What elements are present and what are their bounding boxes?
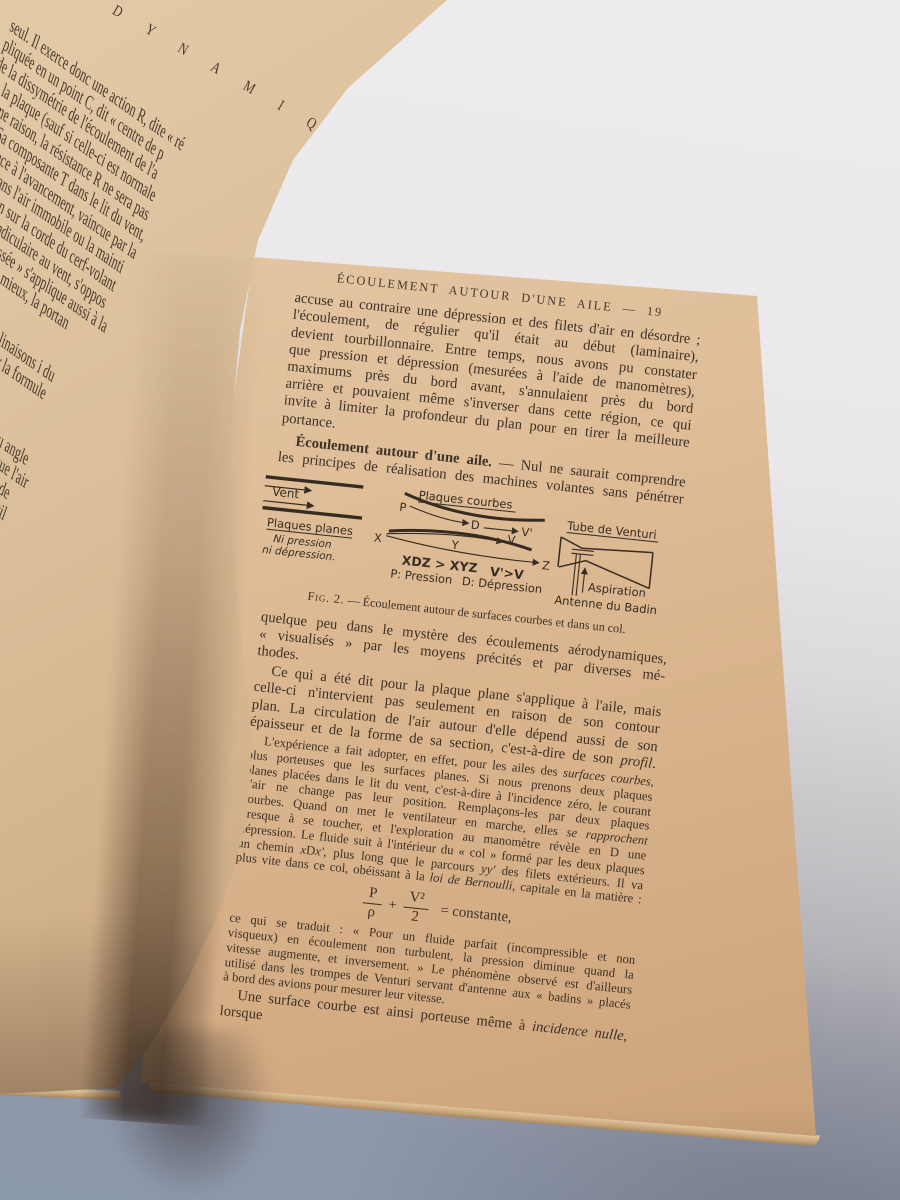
venturi-tube-drawing [557,537,654,588]
point-p-label: P [399,500,407,515]
v-prime-label: V' [521,525,533,540]
fraction: Pρ [361,886,383,922]
text-run: , [650,775,655,789]
point-v-label: V [507,533,516,548]
flow-arrow-icon [484,528,518,532]
wind-arrow-icon [255,500,313,506]
plus-sign: + [387,897,397,914]
plaques-courbes-label: Plaques courbes [418,488,513,512]
numerator: P [363,886,383,905]
point-x-label: X [373,531,382,546]
antenna-tube [572,554,580,596]
caption-fig-number: Fig. 2. [307,589,345,607]
gutter-bottom-shadow [105,1030,275,1200]
venturi-throat-port [571,549,593,555]
text-run: profil [620,752,653,771]
point-z-label: Z [541,558,550,573]
point-d-label: D [470,518,480,533]
point-y-label: Y [450,538,460,553]
right-page-content: ÉCOULEMENT AUTOUR D'UNE AILE — 19 accuse… [218,266,703,1065]
text-run: . [651,756,656,772]
denominator: 2 [402,907,429,926]
book-photo: ÉCOULEMENT AUTOUR D'UNE AILE — 19 accuse… [0,0,900,1200]
fraction: V²2 [402,890,431,927]
aspiration-arrow-icon [582,569,585,593]
legend-depression: D: Dépression [461,574,543,596]
vent-label: Vent [272,485,301,502]
denominator: ρ [361,903,381,921]
equals-constant: = constante, [440,902,513,925]
flow-arrow-icon [408,506,469,523]
tube-venturi-label: Tube de Venturi [566,519,658,542]
